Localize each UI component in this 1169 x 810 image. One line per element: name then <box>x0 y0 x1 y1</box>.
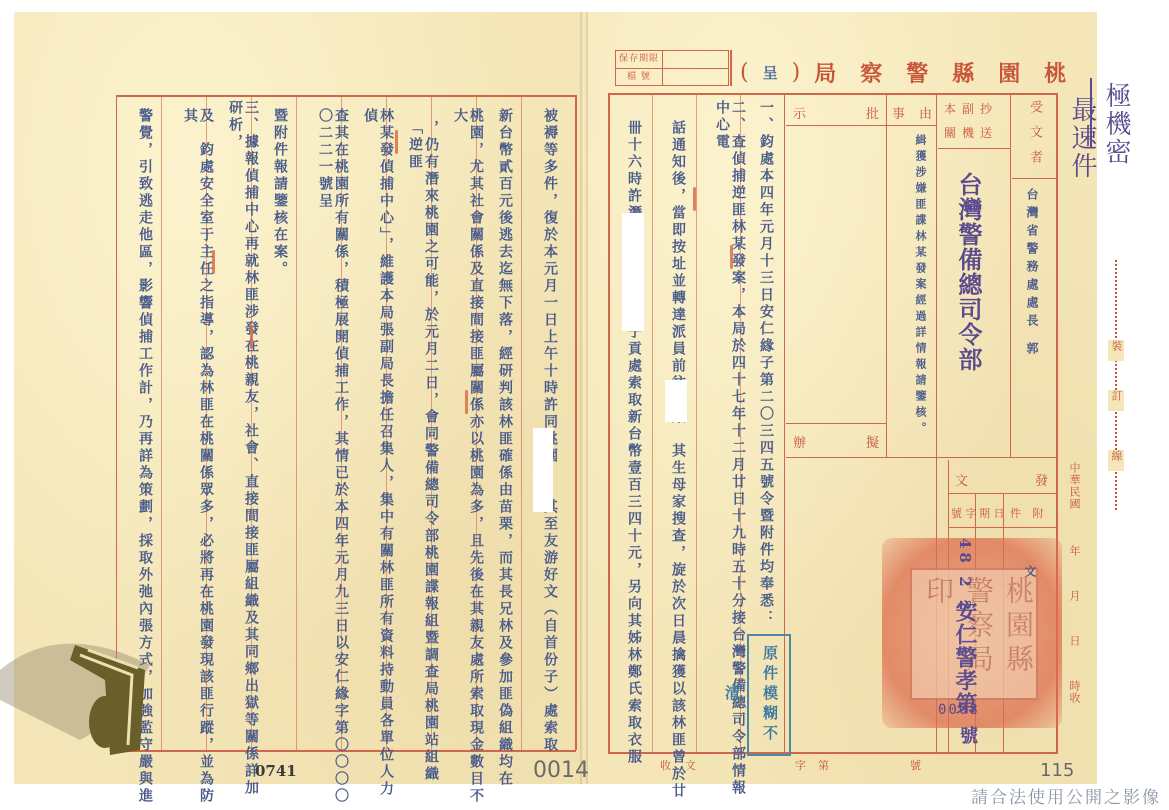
subject-value: 緝獲涉嫌匪諜林某發案經過詳情報請鑒核。 <box>912 134 928 438</box>
recipient-label: 受文者 <box>1025 100 1044 175</box>
cell-rule <box>786 125 936 126</box>
col-rule <box>696 95 697 752</box>
file-number-label: 檔 號 <box>616 69 663 86</box>
redaction <box>533 428 553 512</box>
receipt-time: 時收 <box>1066 680 1082 704</box>
archive-logo-icon <box>0 610 160 760</box>
cc-label-2: 送機關 <box>944 124 998 141</box>
body-column: 一、鈞處本四年元月十三日安仁緣子第二〇三四五號令暨附件均奉悉： <box>758 100 774 627</box>
proof-mark <box>212 250 215 274</box>
header-divider <box>730 50 732 86</box>
doc-header: ( 呈 ) 桃園縣警察局 <box>740 57 1090 88</box>
footer-label-wen: 文 <box>685 757 696 773</box>
col-rule <box>296 97 297 750</box>
cell-rule <box>786 423 886 424</box>
cc-label: 抄副本 <box>944 100 998 117</box>
proof-mark <box>730 245 733 269</box>
tear-line-label-3: 線 <box>1108 450 1124 471</box>
dispatch-col-number: 字 號 <box>951 505 977 521</box>
handling-label-1: 擬 <box>866 432 879 451</box>
handling-label-2: 辦 <box>793 432 806 451</box>
dispatch-attachment: 文 <box>1022 565 1038 581</box>
proof-mark <box>693 187 696 211</box>
page-number-right: 115 <box>1040 760 1074 781</box>
page-fold <box>580 12 588 784</box>
form-top-rule <box>608 93 1058 95</box>
doc-type: 呈 <box>763 62 778 83</box>
blurry-original-notice: 原件模糊不清 <box>747 634 791 756</box>
instruction-label-1: 批 <box>866 103 879 122</box>
footer-label-zi: 字 <box>795 757 806 773</box>
form-left-rule <box>608 93 610 753</box>
tear-line <box>1115 260 1117 510</box>
tear-line-label-1: 裝 <box>1108 340 1124 361</box>
dispatch-label-2: 文 <box>955 470 968 489</box>
cell-rule <box>886 95 887 457</box>
redaction <box>622 213 644 331</box>
instruction-label-2: 示 <box>793 103 806 122</box>
body-column: 及 鈞處安全室于主任之指導，認為林匪在桃關係眾多，必將再在桃園發現該匪行蹤，並為… <box>182 108 214 810</box>
doc-type-paren-open: ( <box>740 60 749 85</box>
body-column: 查其在桃園所有關係，積極展開偵捕工作，其情已於本四年元月九三日以安仁緣字第〇〇〇… <box>317 108 349 810</box>
dispatch-col-attachment: 附 件 <box>1010 505 1048 521</box>
page-number-middle: 0014 <box>533 758 589 783</box>
body-column: 三、據報偵捕中心再就林匪涉發在桃親友，社會、直接間接匪屬組織及其同鄉出獄等關係詳… <box>227 100 259 810</box>
redaction <box>665 380 687 422</box>
usage-watermark: 請合法使用公開之影像 <box>971 783 1161 808</box>
left-top-rule <box>116 95 576 97</box>
body-column: 林某發偵捕中心」，維護本局張副局長擔任召集人，集中有關林匪所有資料持動員各單位人… <box>362 108 394 810</box>
doc-type-paren-close: ) <box>792 60 801 85</box>
body-column: 新台幣貳百元後逃去迄無下落，經研判該林匪確係由苗栗，而其長兄林及參加匪偽組織均在 <box>497 108 513 788</box>
footer-label-hao: 號 <box>910 757 921 773</box>
urgency-stamp: 極機密 <box>1098 82 1135 166</box>
retention-file-box: 保存期限 檔 號 <box>615 50 729 86</box>
left-right-rule <box>575 95 577 750</box>
body-column: 話通知後，當即按址並轉達派員前往苗栗 其生母家搜查，旋於次日晨擒獲以該林匪曾於廿 <box>670 120 686 800</box>
cell-rule <box>786 457 1056 458</box>
cell-rule <box>948 493 1056 494</box>
cell-rule <box>938 148 1010 149</box>
dispatch-number-suffix: 號 <box>954 726 980 744</box>
col-rule <box>161 97 162 750</box>
retention-label: 保存期限 <box>616 51 663 68</box>
dispatch-number: 0008 <box>938 702 980 718</box>
body-column: ，仍有潛來桃園之可能，於元月二日，會同警備總司令部桃園諜報組暨調查局桃園站組織「… <box>407 120 439 810</box>
body-column: 桃園，尤其社會關係及直接間接匪屬關係亦以桃園為多，且先後在其親友處所索取現金數目… <box>452 108 484 810</box>
col-rule <box>652 95 653 752</box>
body-column: 暨附件報請鑒核在案。 <box>272 108 288 278</box>
dispatch-col-date: 日 期 <box>979 505 1005 521</box>
tear-line-label-2: 訂 <box>1108 390 1124 411</box>
stamp-bar <box>1090 78 1092 148</box>
receipt-year: 年 <box>1066 545 1082 566</box>
cell-rule <box>1010 95 1011 457</box>
col-rule <box>521 97 522 750</box>
proof-mark <box>395 130 398 154</box>
cc-recipient-stamp: 台灣警備總司令部 <box>955 172 981 372</box>
dispatch-number-prefix: 安仁警孝第 <box>950 600 981 715</box>
cell-rule <box>948 527 1056 528</box>
receipt-day: 日 <box>1066 635 1082 656</box>
priority-stamp: 最速件 <box>1064 96 1101 180</box>
dispatch-label-1: 發 <box>1035 470 1048 489</box>
footer-label-di: 第 <box>818 757 829 773</box>
roc-label: 中華民國 <box>1066 462 1082 510</box>
agency-title: 桃園縣警察局 <box>814 57 1090 88</box>
receipt-month: 月 <box>1066 590 1082 611</box>
page-number-left: 0741 <box>255 762 297 780</box>
cell-rule <box>1012 178 1056 179</box>
subject-label: 事由 <box>892 103 946 122</box>
proof-mark <box>250 325 253 349</box>
recipient-value: 台灣省警務處處長 郭 <box>1024 188 1040 360</box>
proof-mark <box>465 390 468 414</box>
